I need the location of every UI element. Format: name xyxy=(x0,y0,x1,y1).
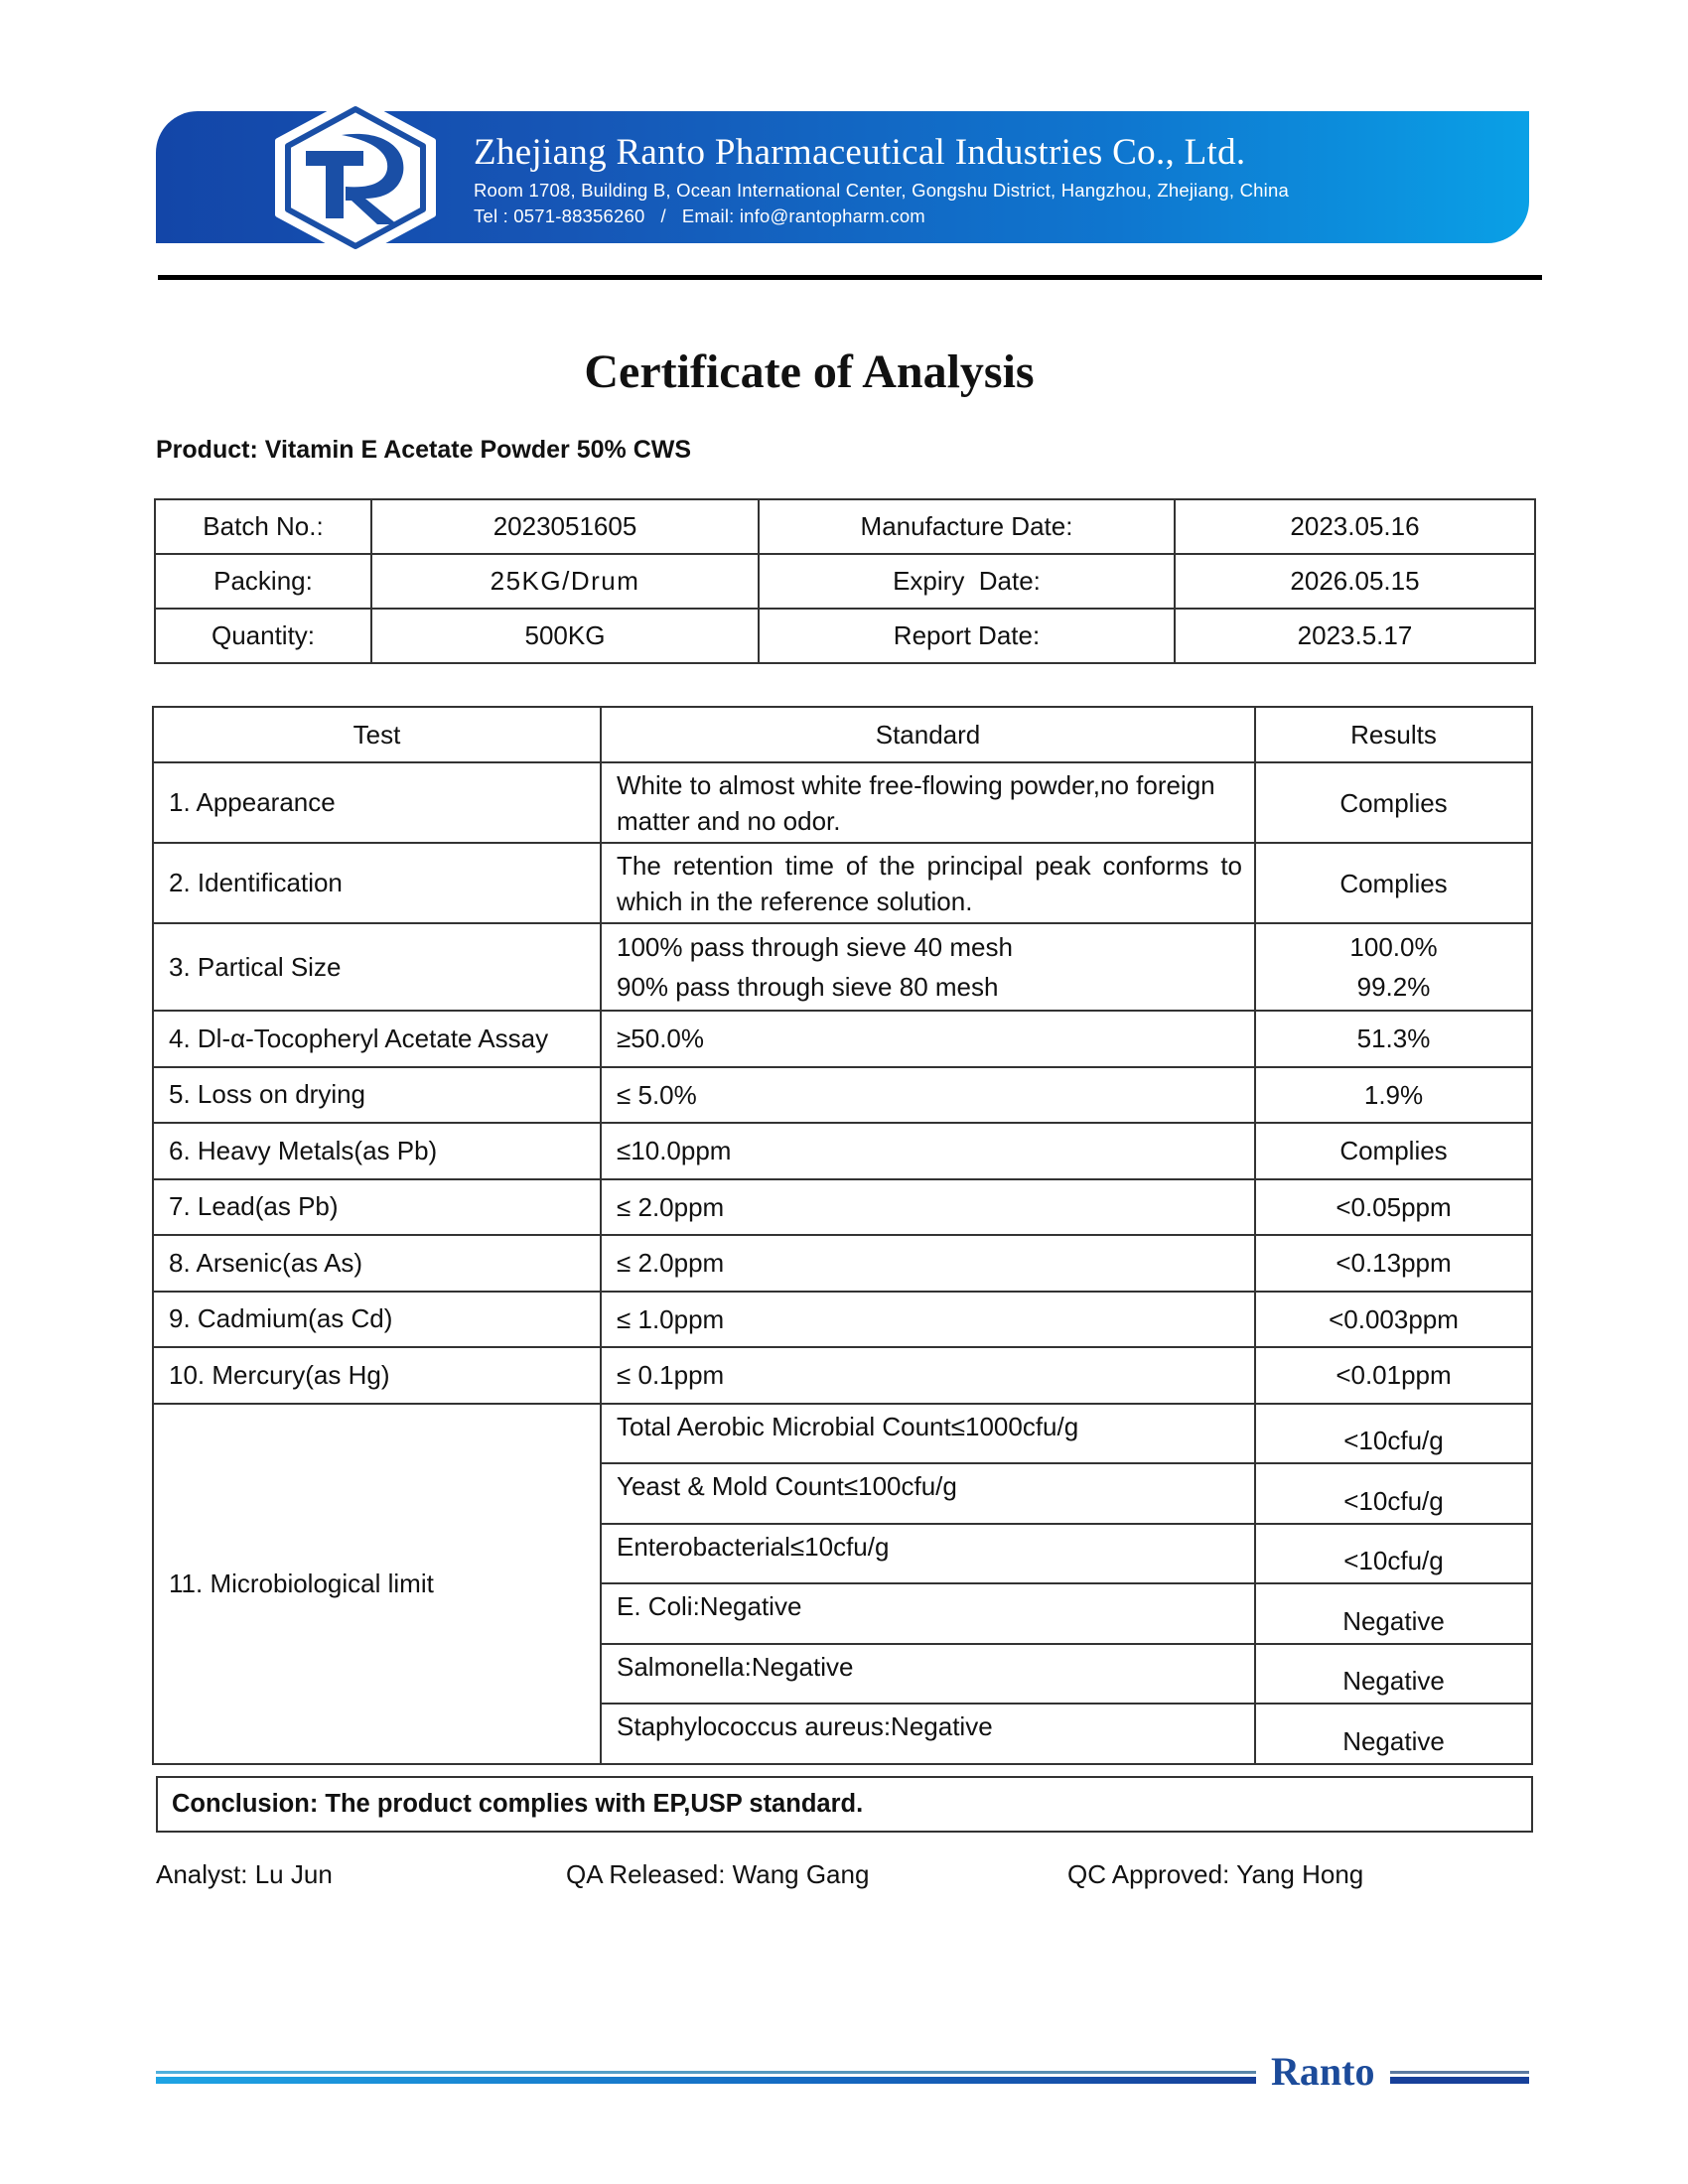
test-standard: Staphylococcus aureus:Negative xyxy=(601,1704,1255,1764)
info-row: Packing: 25KG/Drum Expiry Date: 2026.05.… xyxy=(155,554,1535,609)
info-label: Report Date: xyxy=(759,609,1175,663)
info-row: Quantity: 500KG Report Date: 2023.5.17 xyxy=(155,609,1535,663)
test-result: 100.0% 99.2% xyxy=(1255,923,1532,1011)
header-divider xyxy=(158,275,1542,280)
table-row: 10. Mercury(as Hg) ≤ 0.1ppm <0.01ppm xyxy=(153,1347,1532,1404)
table-row: 11. Microbiological limit Total Aerobic … xyxy=(153,1404,1532,1464)
test-name: 8. Arsenic(as As) xyxy=(153,1235,601,1292)
result-line: 99.2% xyxy=(1256,967,1531,1007)
document-title: Certificate of Analysis xyxy=(0,344,1618,399)
test-name: 9. Cadmium(as Cd) xyxy=(153,1292,601,1348)
column-header-test: Test xyxy=(153,707,601,762)
test-standard: ≥50.0% xyxy=(601,1011,1255,1067)
info-value: 2023.5.17 xyxy=(1175,609,1535,663)
test-result: <10cfu/g xyxy=(1255,1524,1532,1584)
test-result: <10cfu/g xyxy=(1255,1404,1532,1464)
test-standard: Yeast & Mold Count≤100cfu/g xyxy=(601,1463,1255,1524)
analyst-signature: Analyst: Lu Jun xyxy=(156,1859,333,1890)
test-result: Complies xyxy=(1255,762,1532,843)
test-name: 2. Identification xyxy=(153,843,601,923)
table-row: 6. Heavy Metals(as Pb) ≤10.0ppm Complies xyxy=(153,1123,1532,1179)
qa-released-signature: QA Released: Wang Gang xyxy=(566,1859,869,1890)
test-result: Complies xyxy=(1255,843,1532,923)
info-row: Batch No.: 2023051605 Manufacture Date: … xyxy=(155,499,1535,554)
table-row: 2. Identification The retention time of … xyxy=(153,843,1532,923)
standard-line: 100% pass through sieve 40 mesh xyxy=(617,927,1242,967)
test-standard: ≤ 2.0ppm xyxy=(601,1235,1255,1292)
test-standard: ≤ 2.0ppm xyxy=(601,1179,1255,1236)
test-name: 10. Mercury(as Hg) xyxy=(153,1347,601,1404)
info-value: 2023051605 xyxy=(371,499,759,554)
conclusion-box: Conclusion: The product complies with EP… xyxy=(156,1776,1533,1833)
info-label: Batch No.: xyxy=(155,499,371,554)
test-standard: White to almost white free-flowing powde… xyxy=(601,762,1255,843)
info-label: Manufacture Date: xyxy=(759,499,1175,554)
footer-line-thin xyxy=(1390,2071,1529,2074)
test-standard: E. Coli:Negative xyxy=(601,1583,1255,1644)
info-label: Quantity: xyxy=(155,609,371,663)
test-standard: ≤10.0ppm xyxy=(601,1123,1255,1179)
test-result: 51.3% xyxy=(1255,1011,1532,1067)
test-result: Negative xyxy=(1255,1644,1532,1705)
info-label: Expiry Date: xyxy=(759,554,1175,609)
result-line: 100.0% xyxy=(1256,927,1531,967)
footer-brand: Ranto xyxy=(1271,2048,1374,2095)
table-row: 7. Lead(as Pb) ≤ 2.0ppm <0.05ppm xyxy=(153,1179,1532,1236)
conclusion-text: Conclusion: The product complies with EP… xyxy=(172,1790,863,1819)
test-name: 7. Lead(as Pb) xyxy=(153,1179,601,1236)
test-result: Complies xyxy=(1255,1123,1532,1179)
test-name: 3. Partical Size xyxy=(153,923,601,1011)
table-row: 1. Appearance White to almost white free… xyxy=(153,762,1532,843)
test-name: 6. Heavy Metals(as Pb) xyxy=(153,1123,601,1179)
test-result: Negative xyxy=(1255,1583,1532,1644)
test-standard: The retention time of the principal peak… xyxy=(601,843,1255,923)
qc-approved-signature: QC Approved: Yang Hong xyxy=(1067,1859,1363,1890)
test-standard: ≤ 0.1ppm xyxy=(601,1347,1255,1404)
test-result: <0.003ppm xyxy=(1255,1292,1532,1348)
company-contact: Tel : 0571-88356260 / Email: info@rantop… xyxy=(474,205,925,227)
column-header-results: Results xyxy=(1255,707,1532,762)
table-row: 5. Loss on drying ≤ 5.0% 1.9% xyxy=(153,1067,1532,1124)
product-name: Product: Vitamin E Acetate Powder 50% CW… xyxy=(156,436,691,465)
test-result: 1.9% xyxy=(1255,1067,1532,1124)
company-address: Room 1708, Building B, Ocean Internation… xyxy=(474,180,1289,202)
table-row: 3. Partical Size 100% pass through sieve… xyxy=(153,923,1532,1011)
info-value: 2023.05.16 xyxy=(1175,499,1535,554)
test-standard: ≤ 5.0% xyxy=(601,1067,1255,1124)
standard-line: 90% pass through sieve 80 mesh xyxy=(617,967,1242,1007)
test-standard: Enterobacterial≤10cfu/g xyxy=(601,1524,1255,1584)
test-result: Negative xyxy=(1255,1704,1532,1764)
test-name: 5. Loss on drying xyxy=(153,1067,601,1124)
test-standard: ≤ 1.0ppm xyxy=(601,1292,1255,1348)
test-name: 11. Microbiological limit xyxy=(153,1404,601,1764)
info-label: Packing: xyxy=(155,554,371,609)
test-standard: Total Aerobic Microbial Count≤1000cfu/g xyxy=(601,1404,1255,1464)
table-row: 9. Cadmium(as Cd) ≤ 1.0ppm <0.003ppm xyxy=(153,1292,1532,1348)
table-row: 8. Arsenic(as As) ≤ 2.0ppm <0.13ppm xyxy=(153,1235,1532,1292)
test-result: <10cfu/g xyxy=(1255,1463,1532,1524)
column-header-standard: Standard xyxy=(601,707,1255,762)
test-result: <0.01ppm xyxy=(1255,1347,1532,1404)
footer-line-thin xyxy=(156,2071,1256,2074)
footer-line-thick xyxy=(1390,2077,1529,2084)
test-result: <0.13ppm xyxy=(1255,1235,1532,1292)
table-header-row: Test Standard Results xyxy=(153,707,1532,762)
test-standard: 100% pass through sieve 40 mesh 90% pass… xyxy=(601,923,1255,1011)
table-row: 4. Dl-α-Tocopheryl Acetate Assay ≥50.0% … xyxy=(153,1011,1532,1067)
test-standard: Salmonella:Negative xyxy=(601,1644,1255,1705)
test-result: <0.05ppm xyxy=(1255,1179,1532,1236)
batch-info-table: Batch No.: 2023051605 Manufacture Date: … xyxy=(154,498,1536,664)
info-value: 2026.05.15 xyxy=(1175,554,1535,609)
test-results-table: Test Standard Results 1. Appearance Whit… xyxy=(152,706,1533,1765)
ranto-logo-icon xyxy=(270,95,441,260)
test-name: 1. Appearance xyxy=(153,762,601,843)
footer-line-thick xyxy=(156,2077,1256,2084)
info-value: 500KG xyxy=(371,609,759,663)
test-name: 4. Dl-α-Tocopheryl Acetate Assay xyxy=(153,1011,601,1067)
company-name: Zhejiang Ranto Pharmaceutical Industries… xyxy=(474,131,1245,174)
info-value: 25KG/Drum xyxy=(371,554,759,609)
